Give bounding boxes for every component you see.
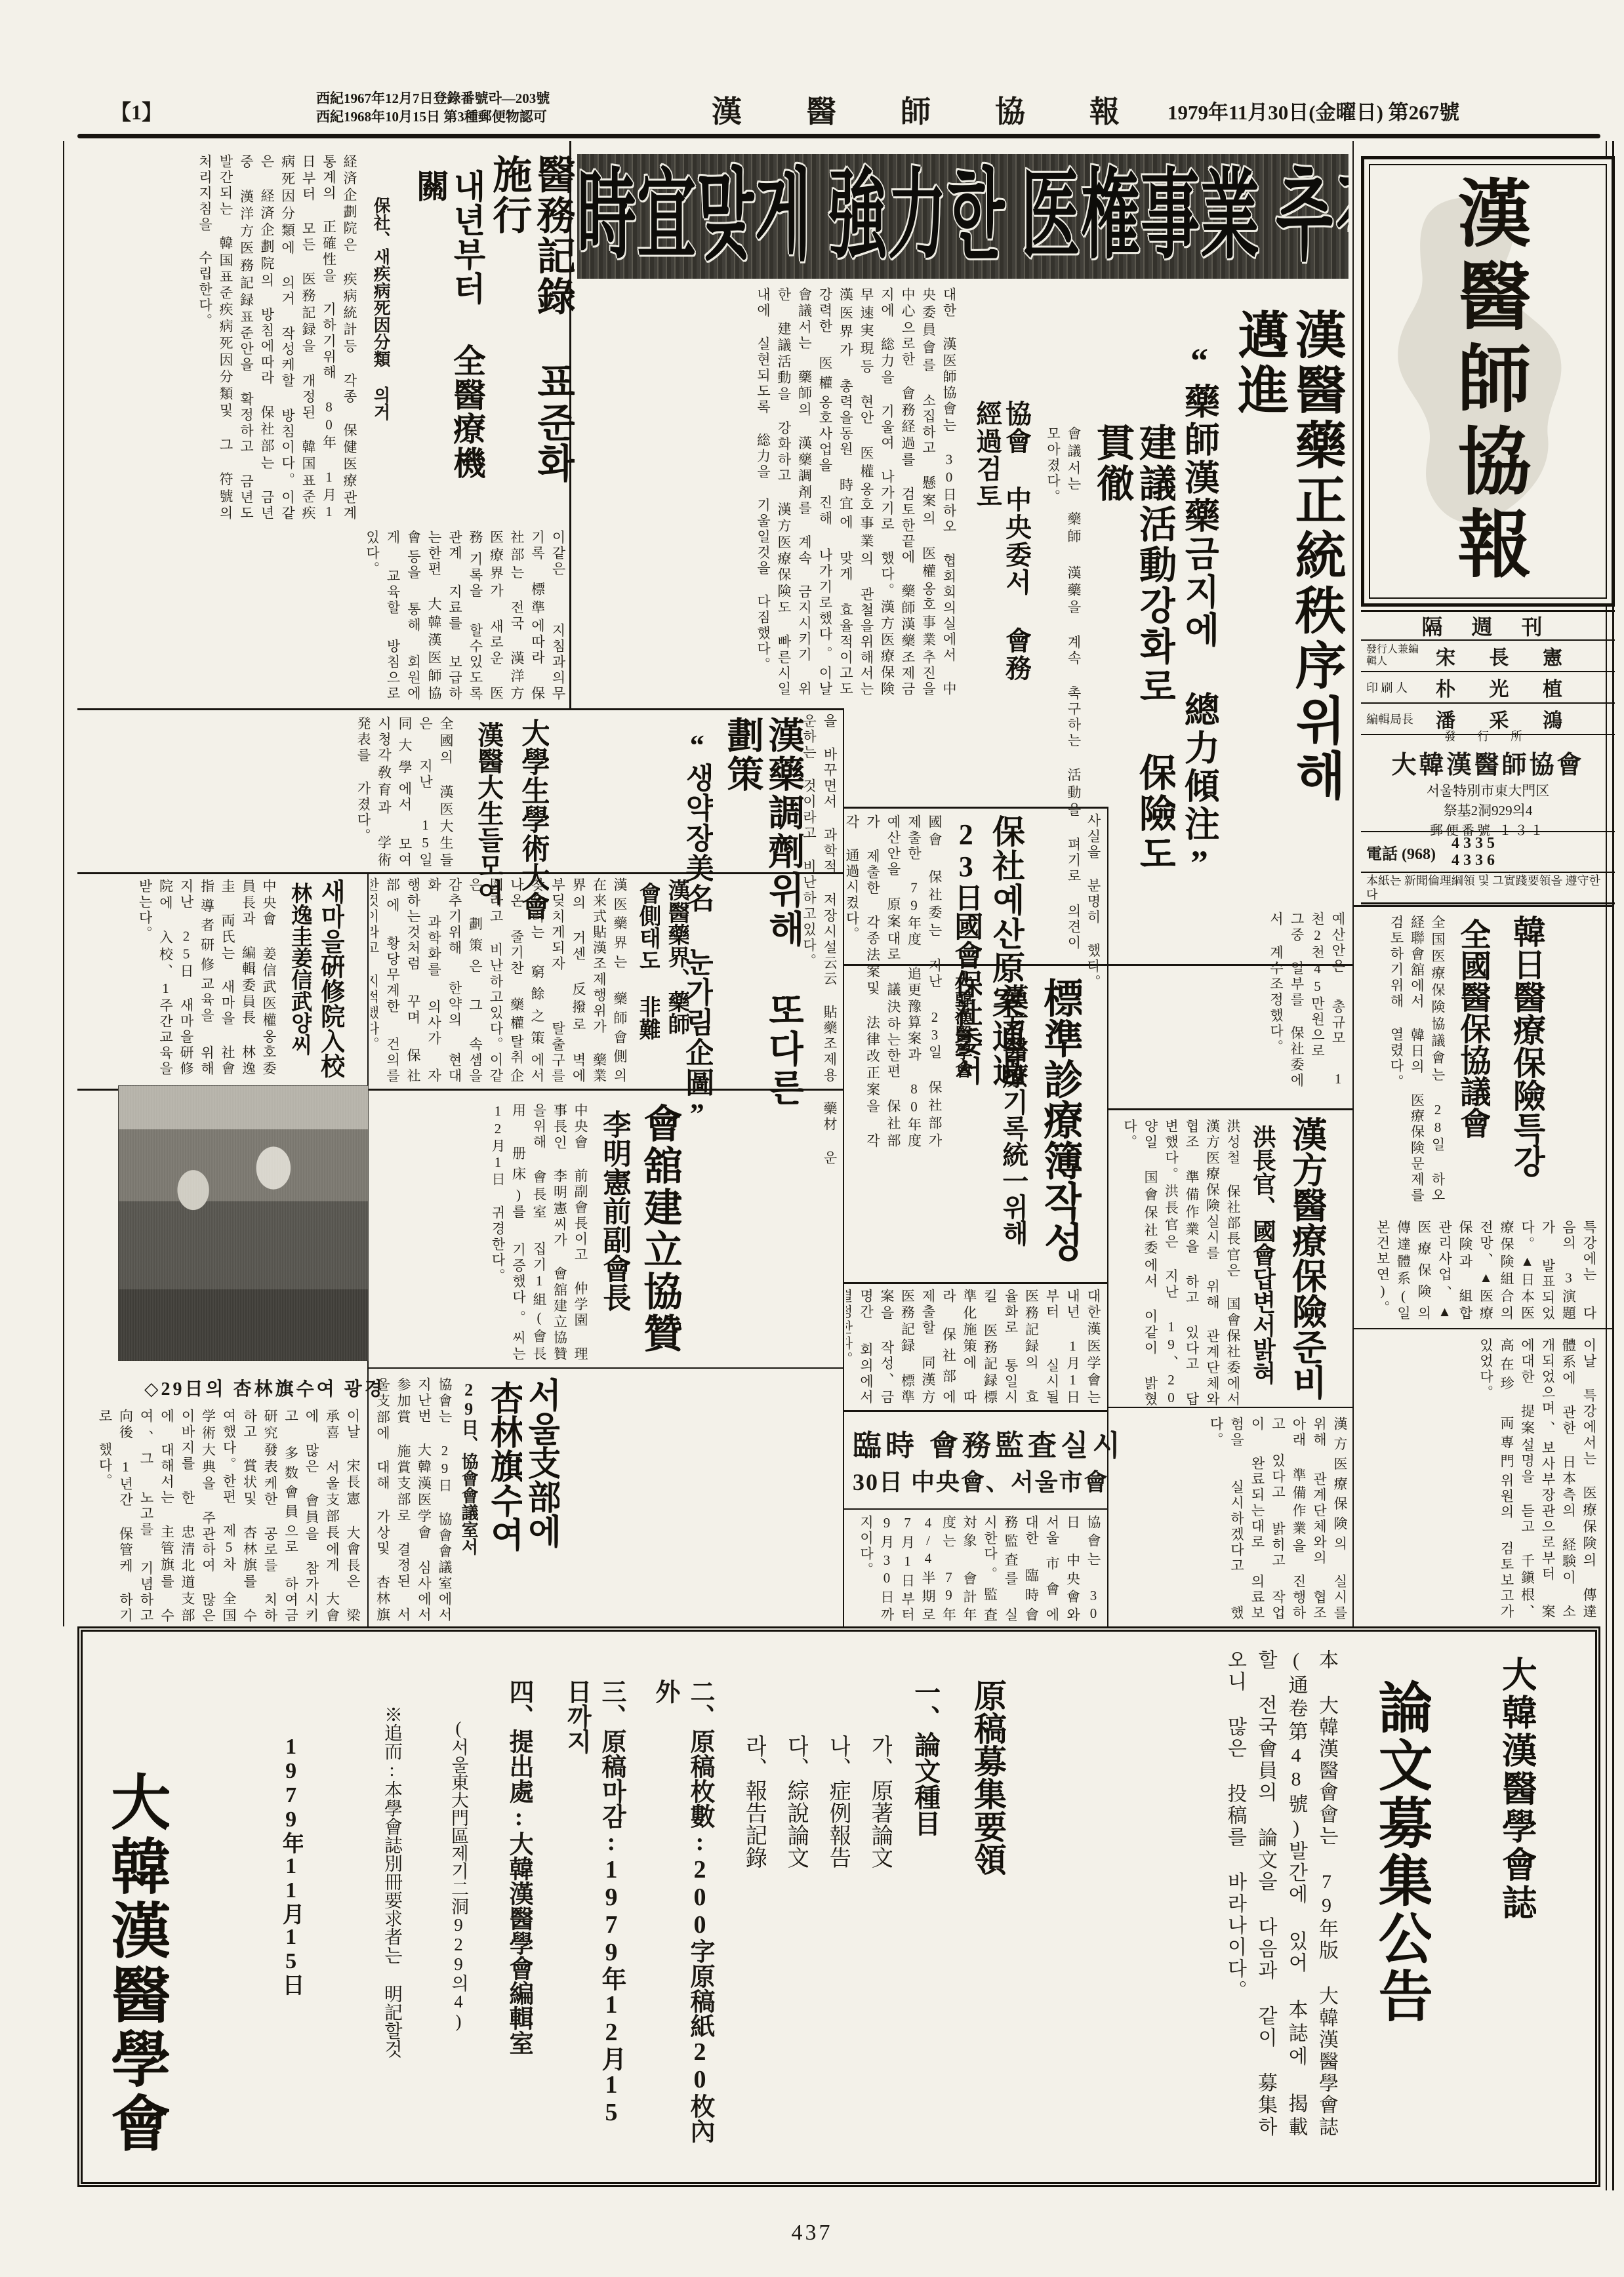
herbal-body-right: 을 바꾸면서 과학적 저장시설云云 貼藥조제용 藥材 운운하는 것이라고 비난하… (774, 714, 840, 1166)
divider-9 (843, 1508, 1107, 1510)
notice-title: 論文募集公告 (1370, 1679, 1431, 2033)
lecture-headline: 韓日醫療保險특강 (1509, 915, 1545, 1203)
masthead-publisher-row: 發 行 所 大韓漢醫師協會 서울特別市東大門区 祭基2洞929의4 郵便番號 １… (1361, 735, 1615, 832)
audit-headline-1: 臨時 會務監査실시 (853, 1422, 1124, 1464)
divider-11 (1354, 1328, 1614, 1329)
flag-headline-2: 杏林旗수여 (484, 1380, 522, 1567)
budget-body: 國會 保社委는 지난 23일 保社部가 제출한 79年度 追更豫算案과 80年度… (846, 815, 944, 1149)
notice-journal: 大韓漢醫學會誌 (1497, 1656, 1536, 1938)
divider-10 (1354, 905, 1614, 907)
notice-item-1a: 가、原著論文 (867, 1735, 892, 1892)
medical-headline: 醫務記錄 표준화施行 (487, 154, 575, 518)
masthead-logo-box: 漢醫師協報 (1361, 156, 1615, 607)
staff-name: 宋 長 憲 (1436, 641, 1577, 670)
flag-headline-1: 서울支部에 (521, 1377, 559, 1567)
staff-role: 發行人兼編輯人 (1366, 644, 1427, 667)
saemaul-body: 中央會 姜信武医權옹호委員長과 編輯委員長 林逸圭 両氏는 새마을 社會指導者研… (87, 879, 279, 1077)
ethics-statement: 本紙는 新聞倫理綱領 및 그實踐要領을 遵守한다 (1366, 874, 1610, 901)
notice-item-1b: 나、症例報告 (825, 1735, 850, 1892)
herbal-body: 漢医藥界는 藥師會側의 在来式貼漢조제행위가 藥業界의 거센 反撥로 벽에 부딪… (371, 877, 630, 1084)
medical-body-cont: 이같은 지침과의무 기록 標準에따라 保社部는 전국 漢洋方医療界가 새로운 医… (84, 530, 568, 702)
masthead-phone-row: 電話 (968) 4 3 3 5 4 3 3 6 (1361, 832, 1615, 873)
main-subhead: “藥師漢藥금지에 總力傾注” (1179, 341, 1219, 918)
frequency-label: 隔 週 刊 (1421, 611, 1554, 641)
staff-role: 編輯局長 (1366, 710, 1427, 727)
saemaul-headline: 새마을硏修院入校 (316, 879, 344, 1082)
insurance-body: 洪성철 保社部長官은 国會保社委에서 漢方医療保険실시를 위해 관계단체와 협조… (1115, 1119, 1243, 1407)
medical-kicker: 保社、새疾病死因分類 의거 (371, 197, 390, 479)
masthead-frequency: 隔 週 刊 (1361, 612, 1615, 641)
lecture-body-cont-2: 이날 특강에서는 医療保険의 傳達體系에 관한 日本측의 経験이 소개되었으며、… (1366, 1338, 1599, 1620)
masthead-staff-row: 印 刷 人 朴 光 植 (1361, 672, 1615, 704)
header-rule (77, 134, 1600, 138)
flag-body: 이날 宋長憲 大會長은 梁承喜 서울支部長에게 大會에 많은 會員을 참가시키고… (87, 1409, 363, 1624)
saemaul-subhead: 林逸圭姜信武양씨 (287, 882, 312, 1079)
flag-body-lead: 協會는 29日 協會會議室에서 지난번 大韓漢医学會 심사에서 参加賞 施賞支部… (371, 1377, 455, 1623)
main-body: 대한 漢医師協會는 30日하오 협회회의실에서 中央委員會를 소집하고 懸案의 … (579, 287, 959, 697)
divider-6 (843, 1282, 1107, 1284)
divider-center (843, 708, 844, 1626)
masthead-staff-row: 發行人兼編輯人 宋 長 憲 (1361, 641, 1615, 672)
divider-8 (843, 1410, 1107, 1412)
notice-item-1: 一、論文種目 (910, 1679, 940, 1863)
students-body: 全國의 漢医大生들은 지난 15일 同大學에서 모여 시청각敎育과 学術発表를 … (85, 716, 456, 868)
registration-line-1: 西紀1967年12月7日登錄番號라—203號 (316, 88, 550, 108)
medical-subhead: 내년부터 全醫療機關 (412, 169, 485, 491)
notice-item-4: 四、提出處:大韓漢醫學會編輯室 (487, 1679, 533, 2164)
notice-intro: 本 大韓漢醫會會는 79年版 大韓漢醫學會誌(通卷第48號)발간에 있어 本誌에… (1066, 1649, 1341, 2138)
notice-item-2: 二、原稿枚數:200字原稿紙20枚內外 (635, 1679, 717, 2145)
notice-section-header: 原稿募集要領 (969, 1679, 1006, 1902)
phone-number-2: 4 3 3 6 (1451, 852, 1495, 869)
records-subhead: 漢方醫療기록統一위해 (998, 984, 1028, 1272)
records-kicker: 大韓漢醫學會 (952, 972, 972, 1090)
masthead-ethics-row: 本紙는 新聞倫理綱領 및 그實踐要領을 遵守한다 (1361, 873, 1615, 904)
staff-role: 印 刷 人 (1366, 679, 1427, 696)
hall-subhead: 李明憲前副會長 (598, 1110, 630, 1372)
hall-body: 中央會 前副會長이고 仲学園 理事長인 李明憲씨가 會舘建立協贊을위해 會長室 … (371, 1103, 590, 1362)
records-body: 대한漢医学會는 내년 1月1日부터 실시될 医務記録의 효율화로 통일시킬 医務… (846, 1289, 1103, 1405)
photo-caption: ◇29日의 杏林旗수여 광경 (144, 1375, 385, 1401)
lecture-body-cont: 특강에는 다음의 3演題가 발표되었다。▲日本医療保険組合의 전망、▲医療保険과… (1366, 1220, 1599, 1321)
banner-headline-box: 時宜맞게 強力한 医権事業 추진 (577, 154, 1349, 279)
audit-headline-2: 30日 中央會、서울市會 (853, 1464, 1109, 1497)
banner-headline: 時宜맞게 強力한 医権事業 추진 (577, 154, 1349, 279)
main-headline: 漢醫藥正統秩序위해 邁進 (1230, 308, 1345, 918)
notice-date: 1979年11月15日 (278, 1735, 303, 2115)
ceremony-photo (118, 1085, 369, 1361)
medical-body: 経済企劃院은 疾病統計등 각종 保健医療관계 통계의 正確性을 기하기위해 80… (84, 154, 359, 521)
notice-item-1d: 라、報告記錄 (741, 1735, 766, 1892)
issue-date-line: 1979年11月30日(金曜日) 第267號 (1167, 96, 1459, 125)
lecture-body: 全国医療保険協議會는 28일 하오 経聯會舘에서 韓日의 医療保険문제를 검토하… (1366, 915, 1448, 1203)
main-kicker: 協會 中央委서 會務經過검토 (972, 400, 1031, 708)
notice-item-1c: 다、綜說論文 (783, 1735, 808, 1892)
notice-note: ※追而:本學會誌別冊要求者는 明記할것 (349, 1705, 405, 2158)
audit-body: 協會는 30日 中央會와 서울市會에 대한 臨時會務監査를 실시한다。監査対象 … (846, 1515, 1103, 1623)
registration-line-2: 西紀1968年10月15日 第3種郵便物認可 (316, 106, 547, 126)
publisher-name: 大韓漢醫師協會 (1391, 744, 1584, 780)
flag-subhead: 29日、協會會議室서 (459, 1380, 478, 1623)
newspaper-page: { "page": { "page_marker": "【1】", "regis… (0, 0, 1624, 2277)
notice-item-4-note: (서울東大門區제기二洞929의4) (428, 1718, 468, 2171)
masthead-logo-text: 漢醫師協報 (1435, 175, 1541, 588)
lecture-headline-2: 全國醫保協議會 (1455, 918, 1490, 1180)
divider-1 (77, 708, 843, 710)
insurance-subhead: 洪長官、國會답변서밝혀 (1249, 1125, 1276, 1410)
staff-name: 朴 光 植 (1436, 673, 1577, 702)
insurance-headline: 漢方醫療保險준비 (1287, 1116, 1326, 1411)
phone-number-1: 4 3 3 5 (1451, 835, 1495, 852)
masthead-info-box: 隔 週 刊 發行人兼編輯人 宋 長 憲 印 刷 人 朴 光 植 編輯局長 潘 采… (1361, 610, 1615, 904)
insurance-body-cont: 漢方医療保険의 실시를 위해 관계단체와의 협조아래 準備作業을 진행하고 있다… (1115, 1417, 1350, 1621)
publisher-address-1: 서울特別市東大門区 (1427, 780, 1550, 800)
herbal-kicker-2: 會側태도 非難 (635, 882, 660, 1076)
budget-body-cont: 예산안은 총규모 1천2천45만원으로 그중 일부를 保社委에서 계수조정했다。 (1115, 912, 1348, 1089)
publisher-address-2: 祭基2洞929의4 (1444, 800, 1533, 820)
newspaper-title: 漢 醫 師 協 報 (712, 88, 1137, 131)
page-marker: 【1】 (110, 96, 163, 126)
divider-masthead-col (1352, 141, 1354, 1626)
notice-org: 大韓漢醫學會 (102, 1771, 169, 2171)
herbal-kicker: 漢醫藥界、藥師 (664, 879, 689, 1076)
left-margin-rule (63, 141, 64, 1626)
notice-item-3: 三、原稿마감:1979年12月15日까지 (550, 1679, 628, 2145)
divider-7 (1108, 1108, 1352, 1110)
records-headline: 標準診療簿작성 (1036, 977, 1082, 1282)
page-number: 437 (0, 2221, 1624, 2246)
hall-headline: 會舘建立協贊 (638, 1103, 681, 1379)
publisher-label: 發 行 所 (1444, 727, 1532, 744)
phone-label: 電話 (968) (1366, 841, 1436, 864)
